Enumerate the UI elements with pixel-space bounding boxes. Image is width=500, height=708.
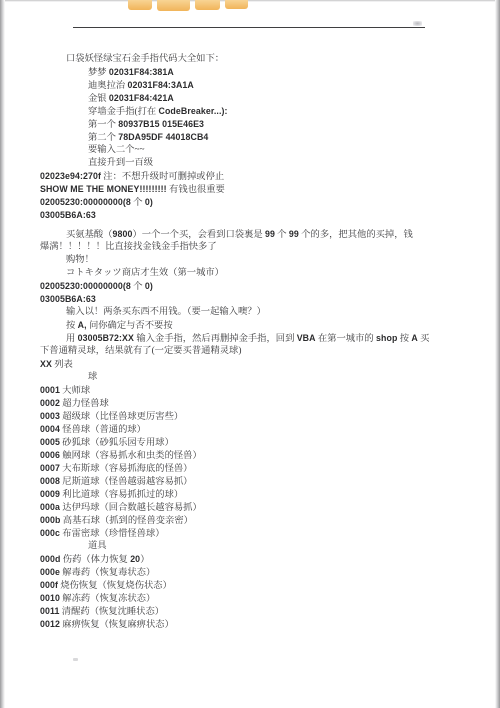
doc-line: 金银 02031F84:421A — [88, 92, 490, 105]
body-text: 第一个 — [88, 120, 118, 130]
code-text: SHOW ME THE MONEY!!!!!!!!! — [40, 184, 167, 194]
doc-line: 0009 利比道球（容易抓抓过的球） — [40, 488, 490, 501]
body-text: 下普通精灵球，结果就有了(一定要买普通精灵球) — [40, 346, 241, 356]
body-text: 个 — [275, 230, 289, 240]
doc-line: 0011 清醒药（恢复沈睡状态） — [40, 605, 490, 618]
page-edge-left — [0, 0, 5, 708]
body-text: 达伊玛球（回合数越长越容易抓） — [60, 503, 202, 513]
doc-line: 道具 — [88, 540, 490, 553]
doc-line: 03005B6A:63 — [40, 293, 490, 306]
doc-line: 口袋妖怪绿宝石金手指代码大全如下： — [66, 53, 490, 66]
code-text: 0001 — [40, 385, 60, 395]
body-text: 个 — [131, 282, 145, 292]
code-text: 0) — [145, 197, 153, 207]
doc-line: 球 — [88, 371, 490, 384]
watermark-fragment — [128, 0, 152, 10]
code-text: 0004 — [40, 424, 60, 434]
code-text: 000d — [40, 554, 60, 564]
doc-line: SHOW ME THE MONEY!!!!!!!!! 有钱也很重要 — [40, 183, 490, 196]
code-text: 02005230:00000000(8 — [40, 197, 131, 207]
code-text: VBA — [297, 333, 316, 343]
body-text: 超力怪兽球 — [60, 399, 109, 409]
code-text: 9800 — [113, 229, 133, 239]
doc-line: 03005B6A:63 — [40, 209, 490, 222]
body-text: 烧伤恢复（恢复烧伤状态） — [58, 581, 172, 591]
code-text: 99 — [289, 229, 299, 239]
doc-line: 爆满！！！！！比直接找金钱金手指快多了 — [40, 241, 490, 254]
body-text: コトキタッツ商店才生效（第一城市） — [66, 268, 224, 278]
doc-line: 第一个 80937B15 015E46E3 — [88, 118, 490, 131]
code-text: 02031F84:381A — [109, 67, 174, 77]
body-text: 解冻药（恢复冻状态） — [60, 594, 155, 604]
body-text: 有钱也很重要 — [167, 185, 225, 195]
code-text: 02023e94:270f — [40, 171, 101, 181]
body-text: 要输入二个~~ — [88, 145, 145, 155]
doc-line: 0006 触网球（容易抓水和虫类的怪兽） — [40, 449, 490, 462]
body-text: 怪兽球（普通的球） — [60, 425, 146, 435]
body-text: 解毒药（恢复毒状态） — [60, 568, 155, 578]
body-text: 梦梦 — [88, 68, 109, 78]
code-text: 02031F84:421A — [109, 93, 174, 103]
body-text: 口袋妖怪绿宝石金手指代码大全如下： — [66, 54, 224, 64]
code-text: 02031F84:3A1A — [128, 80, 194, 90]
doc-line: 000b 高基石球（抓到的怪兽变亲密） — [40, 514, 490, 527]
code-text: 0006 — [40, 450, 60, 460]
divider-line — [73, 27, 425, 28]
divider-artifact — [413, 21, 422, 26]
page-edge-top — [0, 0, 500, 2]
doc-line: 02005230:00000000(8 个 0) — [40, 196, 490, 209]
doc-line: 第二个 78DA95DF 44018CB4 — [88, 131, 490, 144]
doc-line: 000a 达伊玛球（回合数越长越容易抓） — [40, 501, 490, 514]
body-text: 清醒药（恢复沈睡状态） — [59, 607, 164, 617]
body-text: 输入以！两条买东西不用钱。（要一起输入噢？） — [66, 307, 266, 317]
doc-line: 穿墙金手指(打在 CodeBreaker...): — [88, 105, 490, 118]
body-text: 砂狐球（砂狐乐园专用球） — [60, 438, 174, 448]
doc-line: 0002 超力怪兽球 — [40, 397, 490, 410]
code-text: 0012 — [40, 619, 60, 629]
code-text: 03005B72:XX — [78, 333, 134, 343]
code-text: 000b — [40, 515, 60, 525]
body-text: 直接升到一百级 — [88, 158, 153, 168]
watermark-fragment — [225, 0, 248, 9]
watermark-fragment — [195, 0, 220, 10]
code-text: 000e — [40, 567, 60, 577]
doc-line: 0007 大布斯球（容易抓海底的怪兽） — [40, 462, 490, 475]
doc-line: 购物！ — [66, 254, 490, 267]
doc-line: 输入以！两条买东西不用钱。（要一起输入噢？） — [66, 306, 490, 319]
doc-line: 要输入二个~~ — [88, 144, 490, 157]
body-text: 麻痹恢复（恢复麻痹状态） — [60, 620, 174, 630]
body-text: ）一个一个买，会看到口袋裏是 — [132, 230, 264, 240]
body-text: 个的多，把其他的买掉，钱 — [299, 230, 413, 240]
code-text: 0011 — [40, 606, 59, 616]
doc-line: 用 03005B72:XX 输入金手指，然后再删掉金手指，回到 VBA 在第一城… — [66, 332, 490, 345]
body-text: 超级球（比怪兽球更厉害些） — [60, 412, 183, 422]
body-text: 高基石球（抓到的怪兽变亲密） — [60, 516, 192, 526]
doc-line: 买氨基酸（9800）一个一个买，会看到口袋裏是 99 个 99 个的多，把其他的… — [66, 228, 490, 241]
doc-line: 000d 伤药（体力恢复 20） — [40, 553, 490, 566]
doc-line: 按 A, 问你确定与否不要按 — [66, 319, 490, 332]
code-text: 80937B15 015E46E3 — [118, 119, 204, 129]
code-text: 99 — [265, 229, 275, 239]
doc-line: 0004 怪兽球（普通的球） — [40, 423, 490, 436]
code-text: 000c — [40, 528, 60, 538]
body-text: ） — [140, 555, 149, 565]
body-text: 利比道球（容易抓抓过的球） — [60, 490, 183, 500]
code-text: 0007 — [40, 463, 60, 473]
body-text: 触网球（容易抓水和虫类的怪兽） — [60, 451, 202, 461]
body-text: 大布斯球（容易抓海底的怪兽） — [60, 464, 192, 474]
doc-line: 0010 解冻药（恢复冻状态） — [40, 592, 490, 605]
doc-lines: 口袋妖怪绿宝石金手指代码大全如下：梦梦 02031F84:381A迪奥拉治 02… — [40, 53, 490, 631]
code-text: 03005B6A:63 — [40, 210, 96, 220]
body-text: 列表 — [52, 360, 73, 370]
code-text: XX — [40, 359, 52, 369]
doc-line: 0012 麻痹恢复（恢复麻痹状态） — [40, 618, 490, 631]
doc-line: 000f 烧伤恢复（恢复烧伤状态） — [40, 579, 490, 592]
body-text: 道具 — [88, 541, 107, 551]
body-text: 金银 — [88, 94, 109, 104]
body-text: 穿墙金手指(打在 — [88, 107, 159, 117]
body-text: 球 — [88, 372, 97, 382]
code-text: 0003 — [40, 411, 60, 421]
code-text: 0008 — [40, 476, 60, 486]
page-edge-right — [495, 0, 500, 708]
code-text: 78DA95DF 44018CB4 — [118, 132, 208, 142]
doc-line: 000e 解毒药（恢复毒状态） — [40, 566, 490, 579]
doc-line: 02023e94:270f 注：不想升级时可删掉或停止 — [40, 170, 490, 183]
code-text: 000a — [40, 502, 60, 512]
code-text: 20 — [130, 554, 140, 564]
body-text: 注：不想升级时可删掉或停止 — [101, 172, 224, 182]
body-text: 按 — [397, 334, 411, 344]
doc-line: 02005230:00000000(8 个 0) — [40, 280, 490, 293]
body-text: 个 — [131, 198, 145, 208]
body-text: 在第一城市的 — [316, 334, 376, 344]
code-text: 0) — [145, 281, 153, 291]
doc-line: 0001 大师球 — [40, 384, 490, 397]
body-text: 购物！ — [66, 255, 94, 265]
doc-line: 直接升到一百级 — [88, 157, 490, 170]
doc-line: 0005 砂狐球（砂狐乐园专用球） — [40, 436, 490, 449]
code-text: 0002 — [40, 398, 60, 408]
doc-line: 梦梦 02031F84:381A — [88, 66, 490, 79]
body-text: 第二个 — [88, 133, 118, 143]
doc-line: 0003 超级球（比怪兽球更厉害些） — [40, 410, 490, 423]
page-speck — [73, 658, 78, 661]
code-text: CodeBreaker...): — [159, 106, 228, 116]
body-text: 用 — [66, 334, 78, 344]
code-text: 0010 — [40, 593, 60, 603]
body-text: 爆满！！！！！比直接找金钱金手指快多了 — [40, 242, 217, 252]
doc-line: XX 列表 — [40, 358, 490, 371]
code-text: 000f — [40, 580, 58, 590]
code-text: 03005B6A:63 — [40, 294, 96, 304]
code-text: A, — [78, 320, 87, 330]
body-text: 大师球 — [60, 386, 90, 396]
body-text: 布雷密球（珍惜怪兽球） — [60, 529, 165, 539]
document-page: 口袋妖怪绿宝石金手指代码大全如下：梦梦 02031F84:381A迪奥拉治 02… — [0, 0, 500, 708]
body-text: 买 — [418, 334, 430, 344]
body-text: 伤药（体力恢复 — [60, 555, 130, 565]
body-text: 迪奥拉治 — [88, 81, 128, 91]
watermark-fragment — [157, 0, 190, 11]
doc-line: 000c 布雷密球（珍惜怪兽球） — [40, 527, 490, 540]
doc-line: 0008 尼斯道球（怪兽越弱越容易抓） — [40, 475, 490, 488]
body-text: 买氨基酸（ — [66, 230, 113, 240]
body-text: 问你确定与否不要按 — [87, 321, 173, 331]
code-text: shop — [376, 333, 397, 343]
body-text: 按 — [66, 321, 78, 331]
doc-line: 下普通精灵球，结果就有了(一定要买普通精灵球) — [40, 345, 490, 358]
body-text: 输入金手指，然后再删掉金手指，回到 — [134, 334, 297, 344]
code-text: 02005230:00000000(8 — [40, 281, 131, 291]
code-text: 0009 — [40, 489, 60, 499]
body-text: 尼斯道球（怪兽越弱越容易抓） — [60, 477, 192, 487]
code-text: 0005 — [40, 437, 60, 447]
doc-line: コトキタッツ商店才生效（第一城市） — [66, 267, 490, 280]
doc-line: 迪奥拉治 02031F84:3A1A — [88, 79, 490, 92]
